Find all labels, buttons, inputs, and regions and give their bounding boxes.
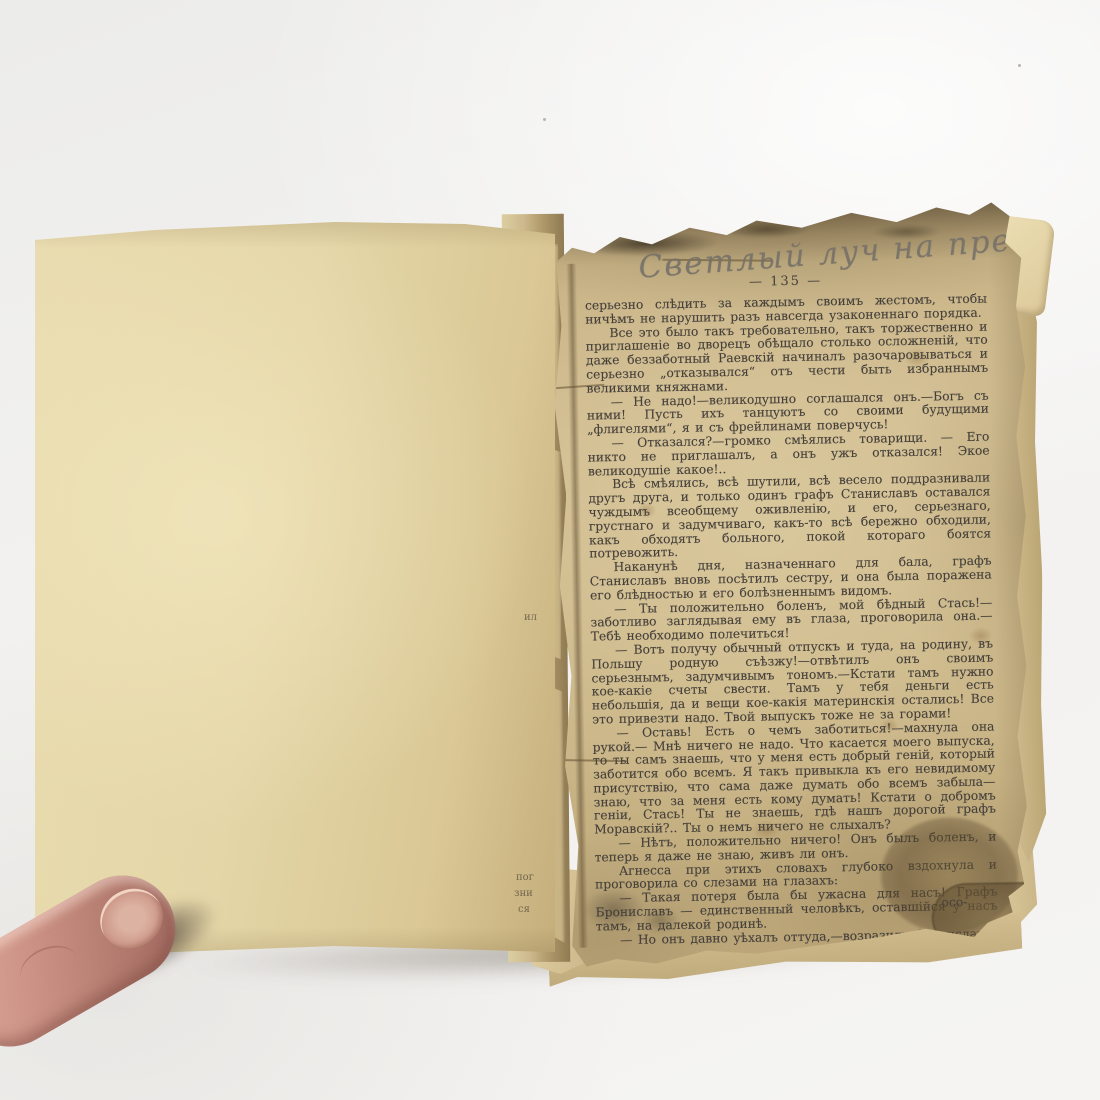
dust-speck — [1018, 64, 1021, 67]
paragraph: Всѣ смѣялись, всѣ шутили, всѣ весело под… — [588, 472, 991, 562]
gutter-text-fragment: пог — [516, 872, 534, 883]
right-page: Светлый луч на престол — 135 — серьезно … — [541, 196, 1045, 984]
paragraph: Все это было такъ требовательно, такъ то… — [585, 320, 988, 396]
gutter-crease — [566, 264, 588, 948]
gutter-text-fragment: ил — [524, 612, 537, 623]
left-page-blank — [35, 222, 555, 957]
catchword: осо- — [941, 895, 967, 909]
thumb-crease — [14, 938, 85, 999]
paragraph: — Вотъ получу обычный отпускъ и туда, на… — [591, 637, 994, 727]
gutter-text-fragment: зни — [514, 888, 533, 899]
gutter-text-fragment: ся — [518, 904, 530, 915]
dust-speck — [543, 118, 546, 121]
